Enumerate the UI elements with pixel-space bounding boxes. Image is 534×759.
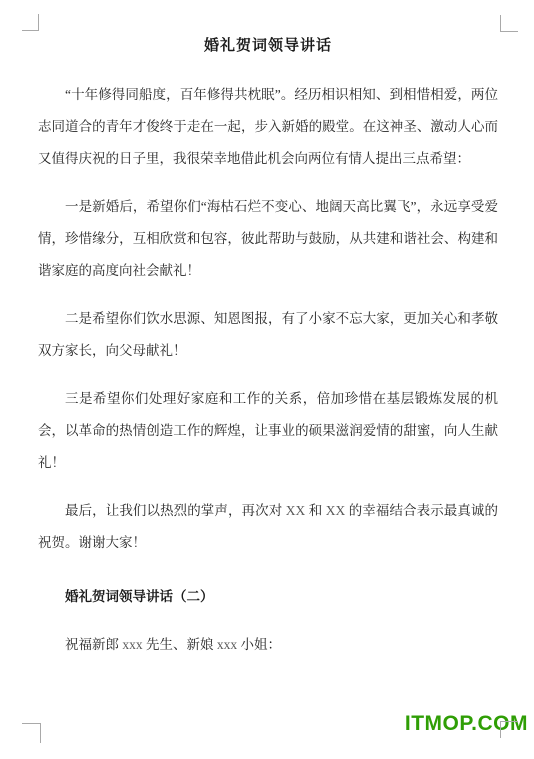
paragraph: “十年修得同船度，百年修得共枕眠”。经历相识相知、到相惜相爱，两位志同道合的青年…	[38, 79, 498, 175]
paragraph-text: 和	[305, 503, 326, 518]
paragraph: 祝福新郎 xxx 先生、新娘 xxx 小姐：	[38, 629, 498, 661]
section-heading: 婚礼贺词领导讲话（二）	[38, 581, 498, 613]
paragraph-text: “十年修得同船度，百年修得共枕眠”。经历相识相知、到相惜相爱，两位志同道合的青年…	[38, 87, 498, 166]
margin-crop-mark-bottom-right	[500, 721, 518, 738]
paragraph: 一是新婚后，希望你们“海枯石烂不变心、地阔天高比翼飞”，永远享受爱情，珍惜缘分，…	[38, 191, 498, 287]
document-page: 婚礼贺词领导讲话 “十年修得同船度，百年修得共枕眠”。经历相识相知、到相惜相爱，…	[0, 0, 534, 759]
margin-crop-mark-top-left	[22, 14, 39, 31]
placeholder-text: xxx	[217, 637, 237, 652]
margin-crop-mark-top-right	[500, 15, 518, 32]
paragraph-text: 先生、新娘	[143, 637, 217, 652]
paragraph-text: 三是希望你们处理好家庭和工作的关系，倍加珍惜在基层锻炼发展的机会，以革命的热情创…	[38, 391, 498, 470]
document-content: 婚礼贺词领导讲话 “十年修得同船度，百年修得共枕眠”。经历相识相知、到相惜相爱，…	[38, 30, 498, 677]
placeholder-text: XX	[326, 503, 346, 518]
paragraph-text: 最后，让我们以热烈的掌声，再次对	[65, 503, 286, 518]
paragraph-text: 二是希望你们饮水思源、知恩图报，有了小家不忘大家，更加关心和孝敬双方家长，向父母…	[38, 311, 498, 358]
paragraph-text: 祝福新郎	[65, 637, 122, 652]
placeholder-text: XX	[286, 503, 306, 518]
paragraph: 三是希望你们处理好家庭和工作的关系，倍加珍惜在基层锻炼发展的机会，以革命的热情创…	[38, 383, 498, 479]
placeholder-text: xxx	[122, 637, 142, 652]
paragraph: 二是希望你们饮水思源、知恩图报，有了小家不忘大家，更加关心和孝敬双方家长，向父母…	[38, 303, 498, 367]
document-title: 婚礼贺词领导讲话	[38, 30, 498, 62]
paragraph-text: 一是新婚后，希望你们“海枯石烂不变心、地阔天高比翼飞”，永远享受爱情，珍惜缘分，…	[38, 199, 498, 278]
paragraph: 最后，让我们以热烈的掌声，再次对 XX 和 XX 的幸福结合表示最真诚的祝贺。谢…	[38, 495, 498, 559]
margin-crop-mark-bottom-left	[22, 723, 41, 743]
document-body: “十年修得同船度，百年修得共枕眠”。经历相识相知、到相惜相爱，两位志同道合的青年…	[38, 79, 498, 661]
paragraph-text: 小姐：	[237, 637, 281, 652]
